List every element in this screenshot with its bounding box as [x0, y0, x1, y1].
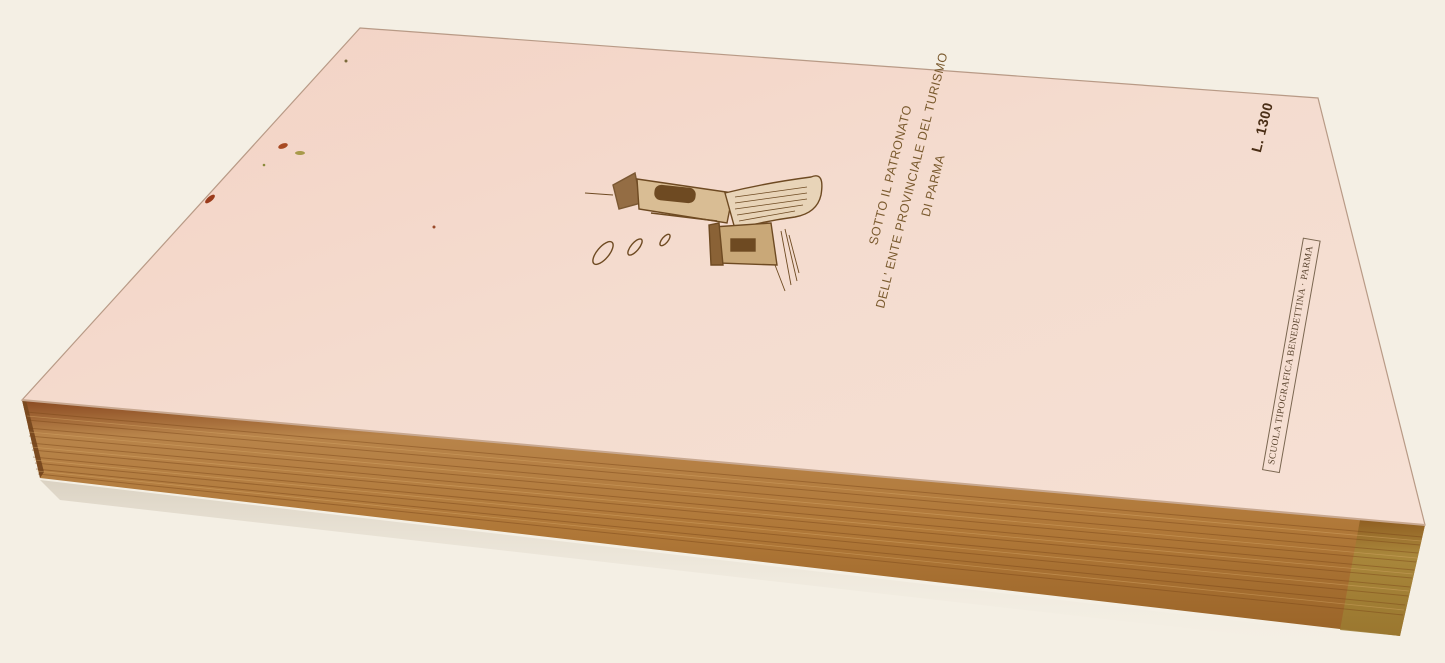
book-photo: SOTTO IL PATRONATO DELL' ENTE PROVINCIAL…	[0, 0, 1445, 663]
book-illustration	[0, 0, 1445, 663]
